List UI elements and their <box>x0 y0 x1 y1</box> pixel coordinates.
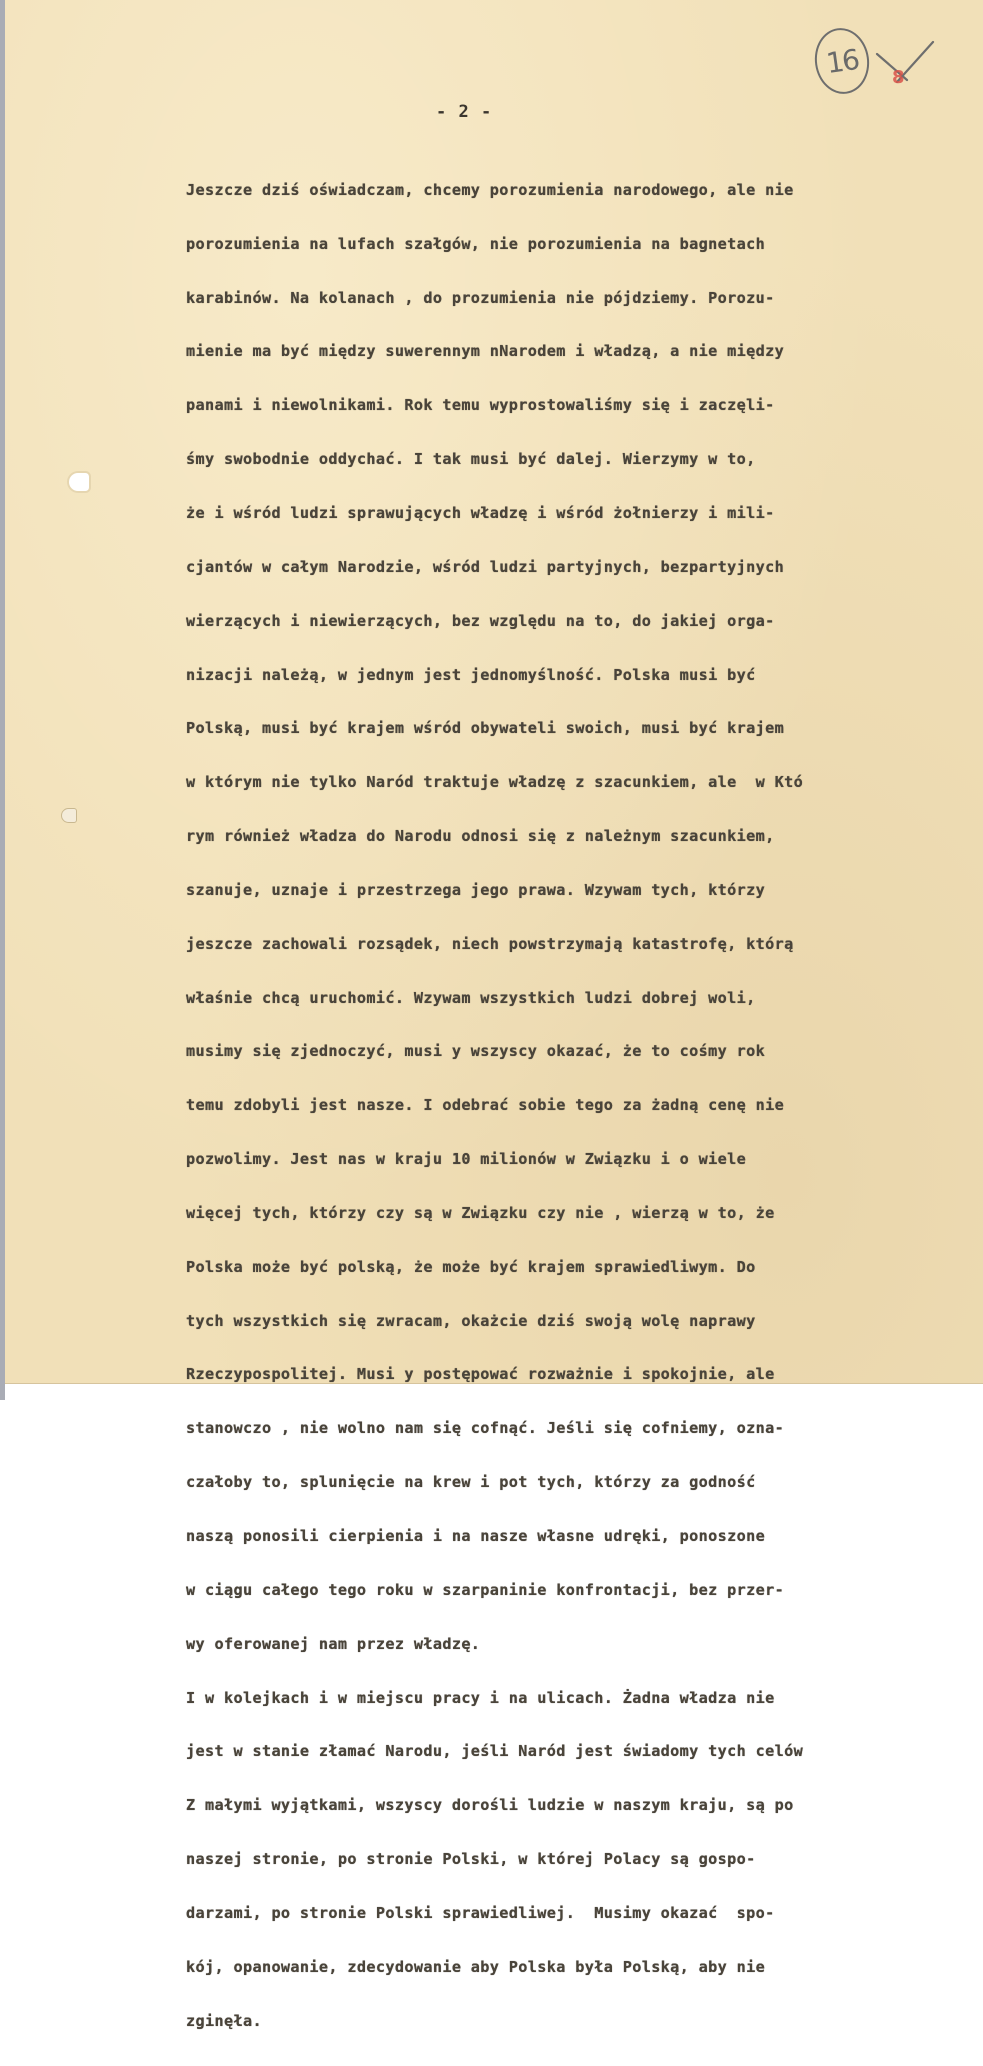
text-line: szanuje, uznaje i przestrzega jego prawa… <box>186 882 966 900</box>
text-line: Jeszcze dziś oświadczam, chcemy porozumi… <box>186 182 966 200</box>
page-number: - 2 - <box>436 102 492 122</box>
text-line: tych wszystkich się zwracam, okażcie dzi… <box>186 1313 966 1331</box>
text-line: mienie ma być między suwerennym nNarodem… <box>186 343 966 361</box>
text-line: wierzących i niewierzących, bez względu … <box>186 613 966 631</box>
text-line: Rzeczypospolitej. Musi y postępować rozw… <box>186 1366 966 1384</box>
text-line: musimy się zjednoczyć, musi y wszyscy ok… <box>186 1043 966 1061</box>
punch-hole-icon <box>61 808 77 823</box>
text-line: śmy swobodnie oddychać. I tak musi być d… <box>186 451 966 469</box>
text-line: Polską, musi być krajem wśród obywateli … <box>186 720 966 738</box>
text-line: w którym nie tylko Naród traktuje władzę… <box>186 774 966 792</box>
text-line: pozwolimy. Jest nas w kraju 10 milionów … <box>186 1151 966 1169</box>
text-line: że i wśród ludzi sprawujących władzę i w… <box>186 505 966 523</box>
check-mark-icon <box>875 40 935 85</box>
text-line: jeszcze zachowali rozsądek, niech powstr… <box>186 936 966 954</box>
text-line: karabinów. Na kolanach , do prozumienia … <box>186 290 966 308</box>
text-line: temu zdobyli jest nasze. I odebrać sobie… <box>186 1097 966 1115</box>
text-line: cjantów w całym Narodzie, wśród ludzi pa… <box>186 559 966 577</box>
text-line: rym również władza do Narodu odnosi się … <box>186 828 966 846</box>
typewritten-body: Jeszcze dziś oświadczam, chcemy porozumi… <box>186 146 966 1400</box>
red-pencil-annotation: 8 <box>892 67 905 88</box>
text-line: więcej tych, którzy czy są w Związku czy… <box>186 1205 966 1223</box>
text-line: właśnie chcą uruchomić. Wzywam wszystkic… <box>186 990 966 1008</box>
punch-hole-icon <box>69 473 89 491</box>
scanned-page: 16 8 - 2 - Jeszcze dziś oświadczam, chce… <box>0 0 983 1400</box>
text-line: panami i niewolnikami. Rok temu wyprosto… <box>186 397 966 415</box>
text-line: porozumienia na lufach szałgów, nie poro… <box>186 236 966 254</box>
text-line: Polska może być polską, że może być kraj… <box>186 1259 966 1277</box>
text-line: nizacji należą, w jednym jest jednomyśln… <box>186 667 966 685</box>
